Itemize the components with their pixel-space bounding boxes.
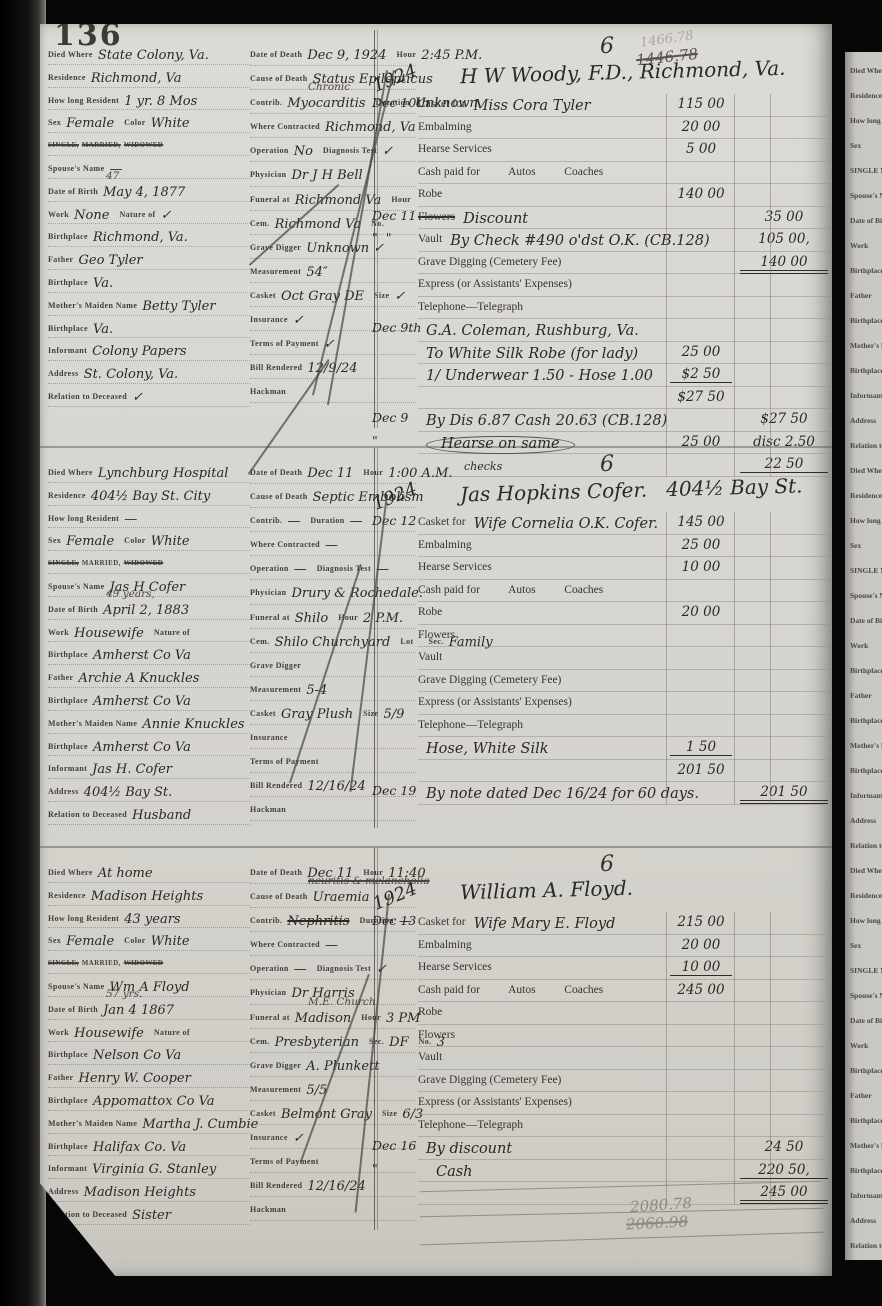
- field-label: Relation to Deceased: [48, 392, 127, 401]
- field-label: Date of Birth: [48, 187, 98, 196]
- next-page-field-label: Address: [850, 810, 882, 835]
- field-label: Casket: [250, 709, 276, 718]
- field-label: Terms of Payment: [250, 757, 319, 766]
- field-row: Measurement54″: [250, 259, 416, 283]
- billing-handwriting: Miss Cora Tyler: [474, 99, 591, 114]
- field-label: Date of Birth: [48, 1005, 98, 1014]
- billing-handwriting: G.A. Coleman, Rushburg, Va.: [426, 324, 639, 339]
- field-label: Birthplace: [48, 232, 88, 241]
- field-row: Hackman: [250, 379, 416, 403]
- billing-item-label: Casket for: [418, 916, 466, 928]
- amount-entry: 201 50: [740, 784, 828, 804]
- field-row: SINGLE,MARRIED,WIDOWED: [48, 133, 250, 156]
- field-value-handwritten: Jas H. Cofer: [92, 763, 172, 776]
- handwritten-note: 57 yrs.: [106, 988, 142, 1000]
- field-row: BirthplaceHalifax Co. Va: [48, 1134, 250, 1157]
- field-row: FatherArchie A Knuckles: [48, 665, 250, 688]
- billing-handwriting: Hose, White Silk: [426, 742, 549, 757]
- entry-date: Dec 16: [372, 1138, 416, 1153]
- field-row: FatherHenry W. Cooper: [48, 1065, 250, 1088]
- field-row: WorkNoneNature of✓: [48, 202, 250, 225]
- ledger-grid-line: [770, 94, 771, 477]
- field-value-handwritten: ✓: [382, 145, 393, 158]
- billing-item-label: Flowers: [418, 629, 455, 641]
- field-label: Date of Death: [250, 868, 302, 877]
- next-page-field-label: Birthplace: [850, 310, 882, 335]
- field-label: Residence: [48, 73, 86, 82]
- billing-item-label: Grave Digging (Cemetery Fee): [418, 674, 561, 686]
- field-value-handwritten: May 4, 1877: [103, 186, 185, 199]
- next-page-field-label: Informant: [850, 785, 882, 810]
- field-label: Where Contracted: [250, 940, 320, 949]
- field-label: Physician: [250, 170, 287, 179]
- field-value-handwritten: ✓: [161, 209, 172, 222]
- field-row: How long Resident43 years: [48, 906, 250, 929]
- billing-rows: Dec 12Casket forWife Cornelia O.K. Cofer…: [418, 512, 830, 805]
- field-label: Terms of Payment: [250, 1157, 319, 1166]
- billing-account-name: H W Woody, F.D., Richmond, Va.: [460, 56, 786, 89]
- field-label: Residence: [48, 891, 86, 900]
- field-label: Color: [124, 118, 146, 127]
- next-page-field-label: Address: [850, 1210, 882, 1235]
- field-label: Cem.: [250, 637, 270, 646]
- field-label: Hour: [361, 1013, 381, 1022]
- field-value-handwritten: ✓: [293, 1132, 304, 1145]
- field-value-handwritten: —: [325, 939, 338, 952]
- field-label: Relation to Deceased: [48, 1210, 127, 1219]
- ledger-grid-line: [666, 912, 667, 1205]
- field-label: Color: [124, 936, 146, 945]
- next-page-field-label: Mother's M: [850, 735, 882, 760]
- billing-row: Flowers: [418, 625, 830, 648]
- field-row: Where ContractedRichmond, Va: [250, 114, 416, 138]
- field-label: Cem.: [250, 1037, 270, 1046]
- field-value-handwritten: Madison Heights: [91, 890, 203, 903]
- amount-entry: 20 00: [670, 937, 732, 953]
- field-row: Died WhereAt home: [48, 860, 250, 883]
- next-page-field-label: Date of Bi: [850, 210, 882, 235]
- field-label: Residence: [48, 491, 86, 500]
- field-label: Cause of Death: [250, 492, 308, 501]
- next-page-field-label: Birthplace: [850, 1110, 882, 1135]
- field-row: Relation to Deceased✓: [48, 384, 250, 407]
- field-value-handwritten: —: [350, 515, 363, 528]
- field-row: BirthplaceAppomattox Co Va: [48, 1088, 250, 1111]
- next-page-field-label: Father: [850, 285, 882, 310]
- billing-header: 1924William A. Floyd.6: [418, 882, 830, 912]
- ledger-grid-line: [666, 94, 667, 477]
- field-value-handwritten: 404½ Bay St. City: [91, 490, 210, 503]
- field-value-handwritten: Oct Gray DE: [281, 290, 364, 303]
- billing-row: Flowers: [418, 1025, 830, 1048]
- next-page-field-label: Relation to: [850, 435, 882, 460]
- billing-item-label: Hearse Services: [418, 961, 492, 973]
- billing-extra-row: Hose, White Silk1 50: [418, 737, 830, 760]
- field-row: BirthplaceAmherst Co Va: [48, 688, 250, 711]
- billing-row: Telephone—Telegraph: [418, 1115, 830, 1138]
- field-label: Work: [48, 210, 69, 219]
- field-value-handwritten: Dr J H Bell: [292, 169, 363, 182]
- field-value-handwritten: 3 PM: [386, 1012, 420, 1025]
- amount-entry: 5 00: [670, 141, 732, 157]
- field-label: Informant: [48, 764, 87, 773]
- field-label: Color: [124, 536, 146, 545]
- field-value-handwritten: 2:45 P.M.: [421, 49, 482, 62]
- field-label: Measurement: [250, 267, 301, 276]
- marital-option: WIDOWED: [124, 560, 163, 567]
- field-value-handwritten: Nelson Co Va: [93, 1049, 181, 1062]
- field-label: Terms of Payment: [250, 339, 319, 348]
- field-label: Contrib.: [250, 516, 282, 525]
- amount-entry: 25 00: [670, 537, 732, 553]
- field-value-handwritten: Female: [66, 117, 114, 130]
- next-page-field-label: Address: [850, 410, 882, 435]
- billing-row: Grave Digging (Cemetery Fee): [418, 1070, 830, 1093]
- field-row: Date of DeathDec 9, 1924Hour2:45 P.M.: [250, 42, 416, 66]
- field-label: How long Resident: [48, 96, 119, 105]
- amount-entry: 20 00: [670, 604, 732, 620]
- billing-extra-row: 1/ Underwear 1.50 - Hose 1.00$2 50: [418, 364, 830, 387]
- field-value-handwritten: Annie Knuckles: [142, 718, 244, 731]
- field-value-handwritten: Sister: [132, 1209, 171, 1222]
- field-label: Grave Digger: [250, 243, 301, 252]
- marital-status-options: SINGLE,MARRIED,WIDOWED: [48, 133, 250, 149]
- field-row: PhysicianDr J H Bell: [250, 162, 416, 186]
- billing-row: Dec 13Casket forWife Mary E. Floyd215 00: [418, 912, 830, 935]
- field-value-handwritten: Va.: [93, 323, 113, 336]
- next-page-label-stack: Died WherResidenceHow longSexSINGLE MARR…: [850, 60, 882, 460]
- amount-entry: 20 00: [670, 119, 732, 135]
- ledger-grid-line: [666, 512, 667, 805]
- amount-entry: 115 00: [670, 96, 732, 112]
- field-row: AddressSt. Colony, Va.: [48, 361, 250, 384]
- billing-row: Grave Digging (Cemetery Fee): [418, 670, 830, 693]
- field-label: How long Resident: [48, 514, 119, 523]
- field-row: Hackman: [250, 797, 416, 821]
- field-value-handwritten: Archie A Knuckles: [79, 672, 200, 685]
- billing-row: Grave Digging (Cemetery Fee)140 00: [418, 252, 830, 275]
- field-label: Measurement: [250, 685, 301, 694]
- handwritten-note: M.E. Church: [308, 996, 376, 1008]
- next-page-field-label: SINGLE MARRI: [850, 560, 882, 585]
- field-row: 49 years,Date of BirthApril 2, 1883: [48, 597, 250, 620]
- field-label: Father: [48, 255, 74, 264]
- marital-option: WIDOWED: [124, 960, 163, 967]
- next-page-field-label: Birthplace: [850, 1160, 882, 1185]
- field-row: Died WhereState Colony, Va.: [48, 42, 250, 65]
- next-page-edge: Died WherResidenceHow longSexSINGLE MARR…: [845, 52, 882, 1260]
- field-value-handwritten: —: [287, 515, 300, 528]
- billing-item-label: Telephone—Telegraph: [418, 301, 523, 313]
- billing-account-name: William A. Floyd.: [460, 876, 634, 905]
- field-label: Sex: [48, 118, 61, 127]
- billing-item-label: Express (or Assistants' Expenses): [418, 278, 572, 290]
- field-label: Grave Digger: [250, 661, 301, 670]
- entry-date: " ": [372, 230, 391, 245]
- next-page-field-label: Sex: [850, 935, 882, 960]
- billing-item-label: Flowers: [418, 211, 455, 223]
- entry-date: Dec 12: [372, 513, 416, 528]
- field-row: CasketOct Gray DESize✓: [250, 283, 416, 307]
- field-label: Father: [48, 1073, 74, 1082]
- billing-item-label: Hearse Services: [418, 561, 492, 573]
- field-label: Address: [48, 369, 79, 378]
- scanned-ledger-photo: { "page_number": "136", "pencil": { "top…: [0, 0, 882, 1306]
- marital-option: MARRIED,: [82, 960, 121, 967]
- field-value-handwritten: Madison Heights: [84, 1186, 196, 1199]
- billing-item-label: Vault: [418, 651, 442, 663]
- field-value-handwritten: —: [294, 563, 307, 576]
- billing-extra-row: Dec 9By Dis 6.87 Cash 20.63 (CB.128)$27 …: [418, 409, 830, 432]
- field-value-handwritten: Geo Tyler: [79, 254, 143, 267]
- billing-handwriting: 1/ Underwear 1.50 - Hose 1.00: [426, 369, 653, 384]
- field-value-handwritten: White: [151, 935, 190, 948]
- field-label: Funeral at: [250, 613, 290, 622]
- field-label: Bill Rendered: [250, 1181, 302, 1190]
- billing-item-label: Telephone—Telegraph: [418, 719, 523, 731]
- field-label: Died Where: [48, 868, 93, 877]
- next-page-field-label: Sex: [850, 135, 882, 160]
- record-block: Died WhereState Colony, Va.ResidenceRich…: [40, 30, 832, 446]
- field-label: Spouse's Name: [48, 982, 105, 991]
- field-label: Diagnosis Test: [323, 146, 377, 155]
- next-page-field-label: Work: [850, 635, 882, 660]
- field-row: Measurement5-4: [250, 677, 416, 701]
- next-page-field-label: How long: [850, 510, 882, 535]
- billing-item-label: Vault: [418, 233, 442, 245]
- amount-entry: 201 50: [670, 762, 732, 778]
- field-value-handwritten: Madison: [295, 1012, 351, 1025]
- billing-row: Express (or Assistants' Expenses): [418, 692, 830, 715]
- next-page-field-label: Mother's M: [850, 1135, 882, 1160]
- next-page-field-label: Relation to: [850, 835, 882, 860]
- field-label: Birthplace: [48, 1096, 88, 1105]
- field-value-handwritten: ✓: [293, 314, 304, 327]
- handwritten-note: 49 years,: [106, 588, 155, 600]
- field-label: Insurance: [250, 315, 288, 324]
- field-row: Date of DeathDec 11Hour1:00 A.M.: [250, 460, 416, 484]
- next-page-field-label: SINGLE MARRI: [850, 160, 882, 185]
- billing-rows: Dec 13Casket forWife Mary E. Floyd215 00…: [418, 912, 830, 1205]
- billing-row: Robe: [418, 1002, 830, 1025]
- field-value-handwritten: White: [151, 535, 190, 548]
- field-label: Size: [382, 1109, 397, 1118]
- field-label: Where Contracted: [250, 122, 320, 131]
- field-row: M.E. ChurchFuneral atMadisonHour3 PM: [250, 1005, 416, 1029]
- entry-date: ": [372, 1161, 378, 1176]
- personal-details-column: Died WhereAt homeResidenceMadison Height…: [48, 860, 250, 1225]
- entry-date: Dec 13: [372, 913, 416, 928]
- field-row: Relation to DeceasedHusband: [48, 802, 250, 825]
- field-row: CasketBelmont GraySize6/3: [250, 1101, 416, 1125]
- billing-row: Telephone—Telegraph: [418, 715, 830, 738]
- field-row: Spouse's NameWm A Floyd: [48, 974, 250, 997]
- field-label: Contrib.: [250, 916, 282, 925]
- field-row: BirthplaceVa.: [48, 316, 250, 339]
- billing-item-label: Cash paid for Autos Coaches: [418, 584, 603, 596]
- field-row: Measurement5/5: [250, 1077, 416, 1101]
- field-label: Mother's Maiden Name: [48, 301, 137, 310]
- handwritten-note: neuritis & melancholia: [308, 875, 430, 887]
- billing-row: Embalming20 00: [418, 117, 830, 140]
- billing-extra-row: Dec 16By discount24 50: [418, 1137, 830, 1160]
- billing-row: Cash paid for Autos Coaches: [418, 162, 830, 185]
- field-label: Casket: [250, 291, 276, 300]
- billing-row: Telephone—Telegraph: [418, 297, 830, 320]
- billing-handwriting: By discount: [426, 1142, 512, 1157]
- field-label: Spouse's Name: [48, 164, 105, 173]
- field-value-handwritten: Uraemia: [313, 891, 370, 904]
- ledger-grid-line: [734, 94, 735, 477]
- field-label: Diagnosis Test: [317, 964, 371, 973]
- billing-extra-row: Dec 19By note dated Dec 16/24 for 60 day…: [418, 782, 830, 805]
- field-value-handwritten: April 2, 1883: [103, 604, 189, 617]
- field-label: Grave Digger: [250, 1061, 301, 1070]
- field-label: Sex: [48, 936, 61, 945]
- billing-handwriting: Wife Mary E. Floyd: [474, 917, 616, 932]
- amount-entry: 10 00: [670, 959, 732, 976]
- billing-extra-row: 201 50: [418, 760, 830, 783]
- billing-item-label: Embalming: [418, 539, 472, 551]
- personal-details-column: Died WhereState Colony, Va.ResidenceRich…: [48, 42, 250, 407]
- ledger-grid-line: [770, 512, 771, 805]
- marital-status-options: SINGLE,MARRIED,WIDOWED: [48, 551, 250, 567]
- field-value-handwritten: St. Colony, Va.: [84, 368, 179, 381]
- billing-item-label: Embalming: [418, 939, 472, 951]
- billing-item-label: Flowers: [418, 1029, 455, 1041]
- billing-handwriting: By Dis 6.87 Cash 20.63 (CB.128): [426, 414, 667, 429]
- field-value-handwritten: Drury & Rochedale.: [292, 587, 423, 600]
- billing-item-label: Grave Digging (Cemetery Fee): [418, 1074, 561, 1086]
- next-page-field-label: Died Wher: [850, 460, 882, 485]
- field-row: Cem.PresbyterianSec.DFNo.3: [250, 1029, 416, 1053]
- field-row: SINGLE,MARRIED,WIDOWED: [48, 551, 250, 574]
- field-value-handwritten: Richmond, Va: [325, 121, 416, 134]
- amount-entry: 140 00: [740, 254, 828, 274]
- field-row: Bill Rendered12/16/24: [250, 1173, 416, 1197]
- field-row: InformantVirginia G. Stanley: [48, 1156, 250, 1179]
- billing-item-label: Grave Digging (Cemetery Fee): [418, 256, 561, 268]
- billing-section: 1924William A. Floyd.6Dec 13Casket forWi…: [418, 882, 830, 1205]
- handwritten-note: Chronic: [308, 81, 350, 93]
- field-value-handwritten: Va.: [93, 277, 113, 290]
- field-value-handwritten: No: [294, 145, 313, 158]
- billing-extra-row: To White Silk Robe (for lady)25 00: [418, 342, 830, 365]
- field-value-handwritten: Amherst Co Va: [93, 741, 191, 754]
- field-value-handwritten: 12/16/24: [307, 780, 365, 793]
- ledger-grid-line: [770, 912, 771, 1205]
- amount-entry: 10 00: [670, 559, 732, 575]
- field-label: Date of Birth: [48, 605, 98, 614]
- field-row: BirthplaceAmherst Co Va: [48, 642, 250, 665]
- field-row: BirthplaceRichmond, Va.: [48, 224, 250, 247]
- field-value-handwritten: Henry W. Cooper: [79, 1072, 191, 1085]
- field-label: Hackman: [250, 805, 286, 814]
- marital-option: MARRIED,: [82, 560, 121, 567]
- field-label: Duration: [310, 516, 344, 525]
- billing-handwriting: Wife Cornelia O.K. Cofer.: [474, 517, 658, 532]
- field-label: Work: [48, 628, 69, 637]
- field-value-handwritten: Virginia G. Stanley: [92, 1163, 216, 1176]
- field-row: CasketGray PlushSize5/9: [250, 701, 416, 725]
- amount-entry: 105 00,: [740, 231, 828, 247]
- field-label: Operation: [250, 964, 289, 973]
- entry-date: Dec 9: [372, 410, 408, 425]
- field-label: Address: [48, 787, 79, 796]
- field-label: Birthplace: [48, 742, 88, 751]
- next-page-field-label: SINGLE MARRI: [850, 960, 882, 985]
- billing-extra-row: "Cash220 50,: [418, 1160, 830, 1183]
- flourish-mark: 6: [600, 34, 614, 59]
- field-value-handwritten: DF: [389, 1036, 408, 1049]
- field-label: Mother's Maiden Name: [48, 719, 137, 728]
- ledger-page: 136 1466.78 1446.78 2080.78 2060.98 Died…: [40, 24, 832, 1276]
- field-label: Work: [48, 1028, 69, 1037]
- marital-option: SINGLE,: [48, 142, 79, 149]
- field-row: Funeral atShiloHour2 P.M.: [250, 605, 416, 629]
- field-row: Mother's Maiden NameAnnie Knuckles: [48, 711, 250, 734]
- amount-entry: $27 50: [670, 389, 732, 405]
- field-label: Birthplace: [48, 650, 88, 659]
- field-label: Birthplace: [48, 278, 88, 287]
- amount-entry: 245 00: [670, 982, 732, 998]
- field-label: Operation: [250, 146, 289, 155]
- field-value-handwritten: Richmond Va: [295, 194, 382, 207]
- billing-row: Hearse Services10 00: [418, 557, 830, 580]
- field-row: ResidenceRichmond, Va: [48, 65, 250, 88]
- amount-entry: 25 00: [670, 344, 732, 360]
- field-row: Mother's Maiden NameBetty Tyler: [48, 293, 250, 316]
- field-value-handwritten: Husband: [132, 809, 191, 822]
- field-row: Insurance: [250, 725, 416, 749]
- field-label: Lot: [400, 637, 413, 646]
- field-row: Terms of Payment: [250, 749, 416, 773]
- next-page-field-label: Informant: [850, 385, 882, 410]
- field-value-handwritten: State Colony, Va.: [98, 49, 209, 62]
- billing-row: Vault: [418, 1047, 830, 1070]
- billing-row: Dec 10thCasket forMiss Cora Tyler115 00: [418, 94, 830, 117]
- amount-entry: 220 50,: [740, 1162, 828, 1179]
- amount-entry: 1 50: [670, 739, 732, 756]
- field-label: Cause of Death: [250, 892, 308, 901]
- billing-row: Express (or Assistants' Expenses): [418, 274, 830, 297]
- field-row: PhysicianDrury & Rochedale.: [250, 580, 416, 604]
- field-value-handwritten: 1:00 A.M.: [388, 467, 452, 480]
- field-row: InformantColony Papers: [48, 338, 250, 361]
- field-label: Bill Rendered: [250, 363, 302, 372]
- field-label: Nature of: [154, 1028, 190, 1037]
- field-row: Where Contracted—: [250, 932, 416, 956]
- field-row: Residence404½ Bay St. City: [48, 483, 250, 506]
- next-page-field-label: Birthplace: [850, 760, 882, 785]
- field-label: Birthplace: [48, 1050, 88, 1059]
- field-label: Birthplace: [48, 324, 88, 333]
- field-row: Spouse's Name—: [48, 156, 250, 179]
- field-label: Informant: [48, 346, 87, 355]
- next-page-field-label: Birthplace: [850, 1060, 882, 1085]
- billing-handwriting: Cash: [436, 1165, 473, 1180]
- next-page-label-stack: Died WherResidenceHow longSexSINGLE MARR…: [850, 460, 882, 860]
- field-label: Where Contracted: [250, 540, 320, 549]
- field-row: AddressMadison Heights: [48, 1179, 250, 1202]
- field-value-handwritten: None: [74, 209, 109, 222]
- field-value-handwritten: Housewife: [74, 1027, 144, 1040]
- field-value-handwritten: 1 yr. 8 Mos: [124, 95, 197, 108]
- amount-entry: 215 00: [670, 914, 732, 930]
- next-page-field-label: Work: [850, 1035, 882, 1060]
- billing-item-label: Cash paid for Autos Coaches: [418, 166, 603, 178]
- field-label: Date of Death: [250, 468, 302, 477]
